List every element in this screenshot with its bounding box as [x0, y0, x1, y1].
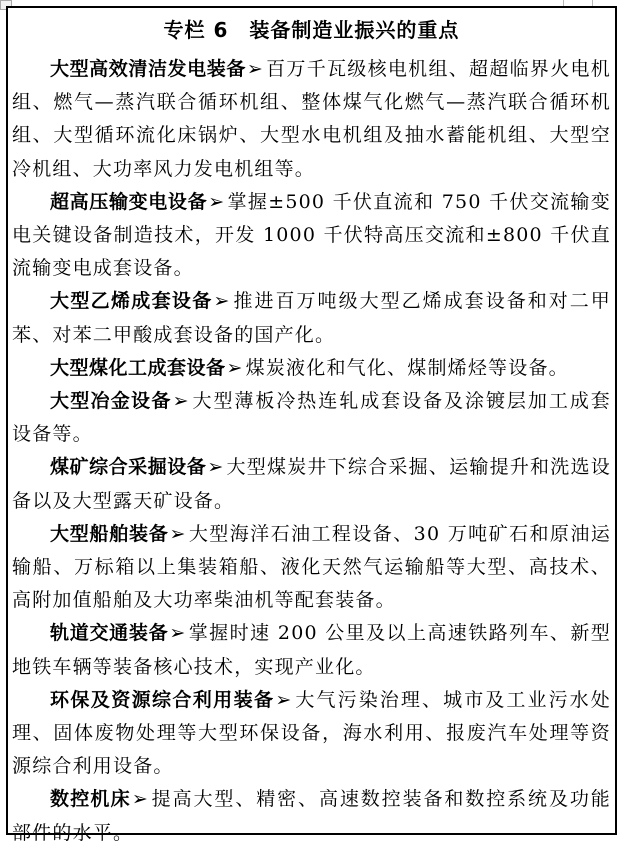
equipment-item: 大型高效清洁发电装备➢百万千瓦级核电机组、超超临界火电机组、燃气—蒸汽联合循环机…	[12, 53, 611, 186]
item-term: 大型高效清洁发电装备	[50, 58, 246, 80]
equipment-item: 煤矿综合采掘设备➢大型煤炭井下综合采掘、运输提升和洗选设备以及大型露天矿设备。	[12, 451, 611, 517]
equipment-item: 大型冶金设备➢大型薄板冷热连轧成套设备及涂镀层加工成套设备等。	[12, 385, 611, 451]
equipment-item: 超高压输变电设备➢掌握±500 千伏直流和 750 千伏交流输变电关键设备制造技…	[12, 186, 611, 286]
item-description: 煤炭液化和气化、煤制烯烃等设备。	[246, 357, 569, 379]
arrowhead-icon: ➢	[207, 191, 227, 213]
equipment-item: 环保及资源综合利用装备➢大气污染治理、城市及工业污水处理、固体废物处理等大型环保…	[12, 684, 611, 784]
item-term: 数控机床	[50, 788, 131, 810]
column-box: 专栏 6 装备制造业振兴的重点 大型高效清洁发电装备➢百万千瓦级核电机组、超超临…	[6, 6, 617, 835]
item-term: 大型乙烯成套设备	[50, 290, 213, 312]
arrowhead-icon: ➢	[131, 788, 151, 810]
item-term: 超高压输变电设备	[50, 191, 207, 213]
equipment-item: 数控机床➢提高大型、精密、高速数控装备和数控系统及功能部件的水平。	[12, 783, 611, 843]
item-term: 煤矿综合采掘设备	[50, 456, 206, 478]
column-title: 专栏 6 装备制造业振兴的重点	[12, 16, 611, 44]
arrowhead-icon: ➢	[206, 456, 226, 478]
arrowhead-icon: ➢	[226, 357, 246, 379]
items-list: 大型高效清洁发电装备➢百万千瓦级核电机组、超超临界火电机组、燃气—蒸汽联合循环机…	[12, 53, 611, 843]
equipment-item: 大型船舶装备➢大型海洋石油工程设备、30 万吨矿石和原油运输船、万标箱以上集装箱…	[12, 518, 611, 618]
arrowhead-icon: ➢	[274, 689, 294, 711]
arrowhead-icon: ➢	[172, 390, 192, 412]
arrowhead-icon: ➢	[246, 58, 266, 80]
arrowhead-icon: ➢	[168, 622, 188, 644]
item-term: 轨道交通装备	[50, 622, 168, 644]
equipment-item: 轨道交通装备➢掌握时速 200 公里及以上高速铁路列车、新型地铁车辆等装备核心技…	[12, 617, 611, 683]
arrowhead-icon: ➢	[168, 523, 188, 545]
item-term: 环保及资源综合利用装备	[50, 689, 274, 711]
item-term: 大型冶金设备	[50, 390, 172, 412]
item-term: 大型船舶装备	[50, 523, 168, 545]
equipment-item: 大型乙烯成套设备➢推进百万吨级大型乙烯成套设备和对二甲苯、对苯二甲酸成套设备的国…	[12, 285, 611, 351]
arrowhead-icon: ➢	[213, 290, 233, 312]
item-term: 大型煤化工成套设备	[50, 357, 226, 379]
equipment-item: 大型煤化工成套设备➢煤炭液化和气化、煤制烯烃等设备。	[12, 352, 611, 385]
